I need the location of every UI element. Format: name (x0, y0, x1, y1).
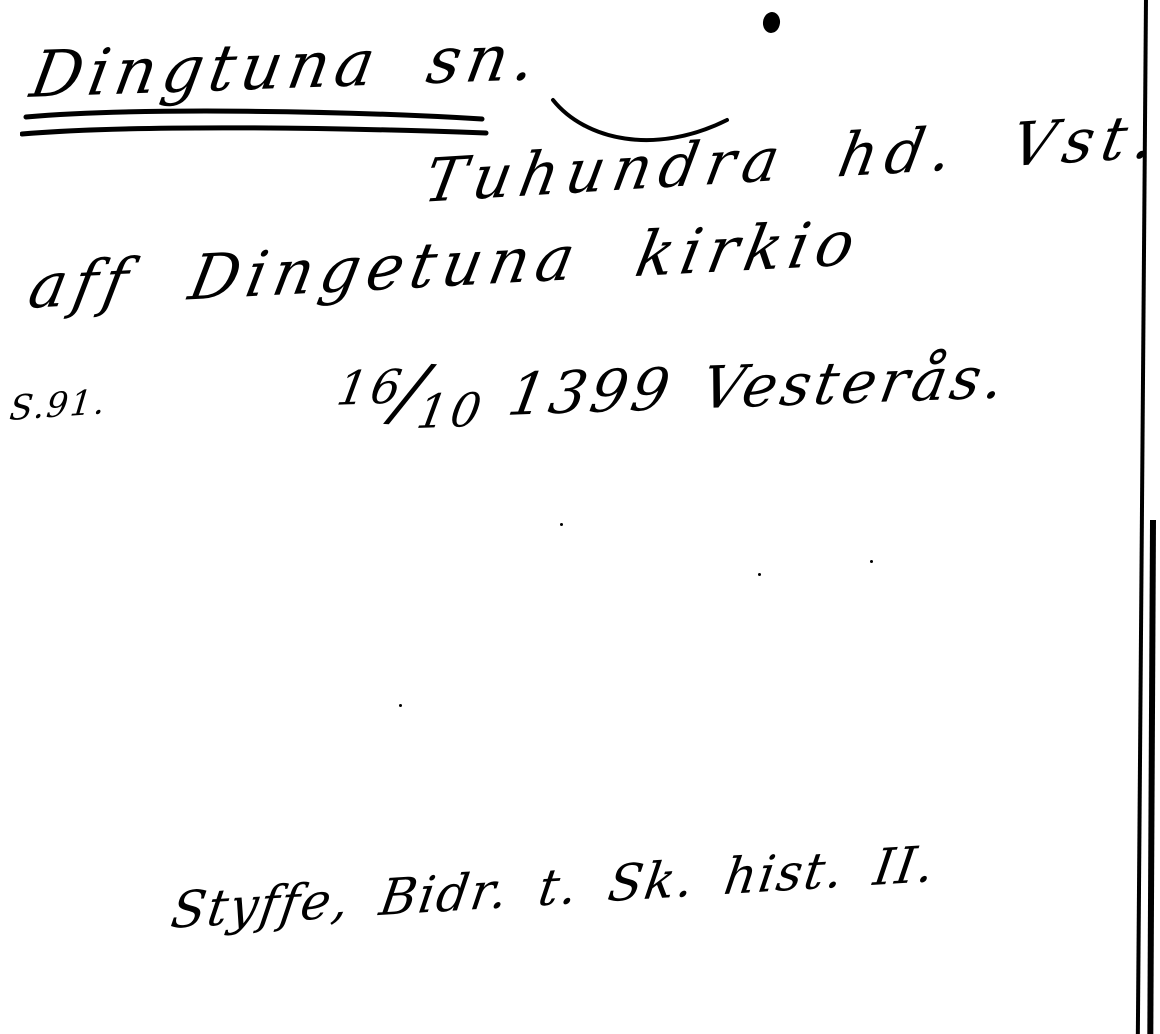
double-underline (20, 104, 492, 146)
district-line: Tuhundra hd. Vst. (420, 106, 1160, 212)
date-place-line: 16/101399Vesterås. (330, 334, 1015, 433)
source-citation: Styffe, Bidr. t. Sk. hist. II. (168, 839, 939, 936)
paper-speck (870, 560, 873, 563)
manuscript-page: Dingtuna sn. Tuhundra hd. Vst. aff Dinge… (0, 0, 1160, 1034)
ink-blot-dot (762, 11, 782, 34)
paper-speck (399, 704, 402, 707)
date-month: 10 (413, 386, 488, 435)
parish-heading: Dingtuna sn. (26, 26, 546, 108)
paper-speck (560, 523, 563, 526)
margin-page-note: S.91. (8, 385, 108, 426)
grant-line: aff Dingetuna kirkio (24, 212, 867, 318)
place-name: Vesterås. (697, 343, 1014, 422)
scan-edge-line-lower (1147, 520, 1156, 1034)
date-year: 1399 (503, 355, 679, 429)
paper-speck (758, 573, 761, 576)
